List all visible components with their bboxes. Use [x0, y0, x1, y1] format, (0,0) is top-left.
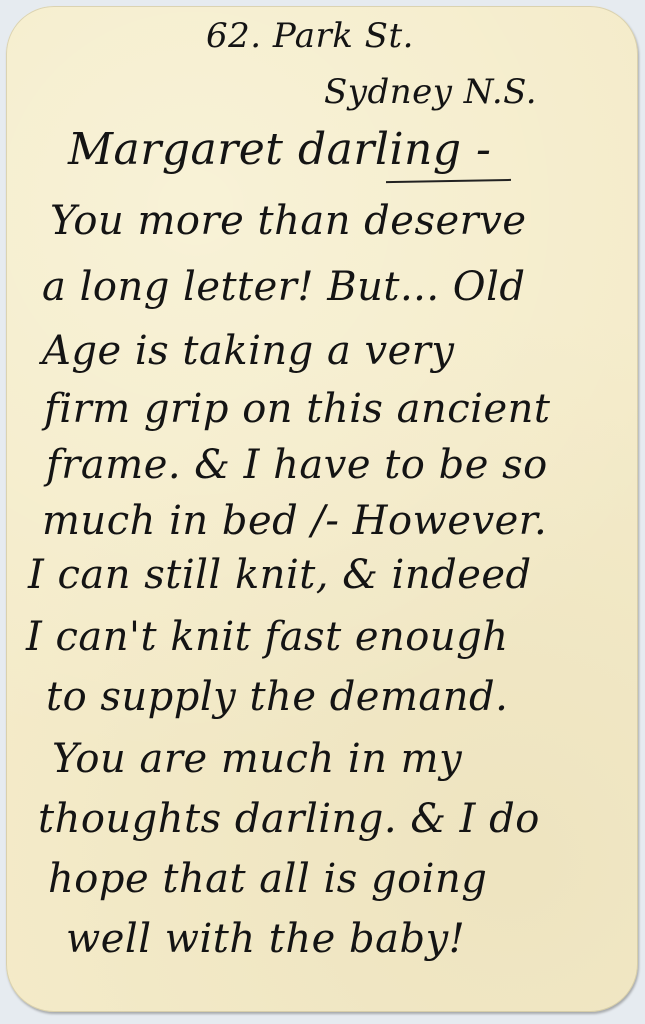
body-line-12: hope that all is going [48, 856, 487, 902]
body-line-13: well with the baby! [66, 916, 465, 962]
body-line-11: thoughts darling. & I do [38, 796, 540, 842]
body-line-4: firm grip on this ancient [44, 386, 550, 432]
address-line-1: 62. Park St. [206, 16, 414, 56]
body-line-10: You are much in my [52, 736, 462, 782]
body-line-8: I can't knit fast enough [26, 614, 509, 660]
body-line-2: a long letter! But... Old [42, 264, 526, 310]
body-line-1: You more than deserve [50, 198, 527, 244]
salutation-underline [386, 179, 511, 183]
body-line-9: to supply the demand. [46, 674, 508, 720]
letter-card: 62. Park St. Sydney N.S. Margaret darlin… [6, 6, 638, 1012]
body-line-6: much in bed /- However. [42, 498, 547, 544]
salutation: Margaret darling - [68, 124, 491, 175]
body-line-5: frame. & I have to be so [46, 442, 548, 488]
body-line-3: Age is taking a very [42, 328, 455, 374]
body-line-7: I can still knit, & indeed [28, 552, 532, 598]
address-line-2: Sydney N.S. [324, 72, 537, 112]
